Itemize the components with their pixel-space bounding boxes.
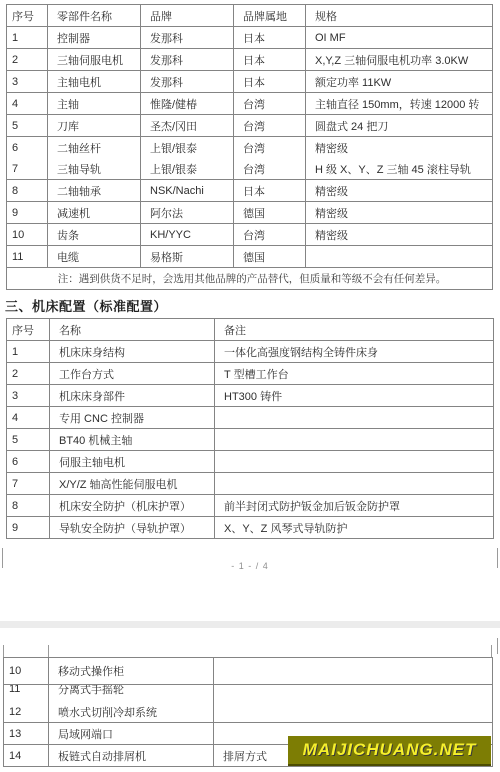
table-cell: BT40 机械主轴 <box>50 429 215 451</box>
table-cell: 刀库 <box>48 115 141 137</box>
cell-text: 台湾 <box>243 99 265 111</box>
parts-table: 序号零部件名称品牌品牌属地规格 1控制器发那科日本OI MF2三轴伺服电机发那科… <box>6 4 493 290</box>
table-cell: X、Y、Z 风琴式导轨防护 <box>215 517 494 539</box>
table-row: 9导轨安全防护（导轨护罩）X、Y、Z 风琴式导轨防护 <box>7 517 494 539</box>
table-cell: 齿条 <box>48 224 141 246</box>
table-cell: 10 <box>4 658 49 685</box>
page-number: - 1 - / 4 <box>0 561 500 571</box>
table-border-overhang-left <box>3 645 4 657</box>
table-cell: 发那科 <box>141 71 234 93</box>
cell-text: 2 <box>12 54 18 66</box>
table-cell: 三轴伺服电机 <box>48 49 141 71</box>
table-cell: 机床床身部件 <box>50 385 215 407</box>
config-table-header-row: 序号名称备注 <box>7 319 494 341</box>
table-cell: 局域网端口 <box>49 723 214 745</box>
page1-corner-mark-left <box>2 548 3 568</box>
table-cell: 台湾 <box>234 93 306 115</box>
table-cell: 11 <box>4 685 49 702</box>
table-row: 3机床床身部件HT300 铸件 <box>7 385 494 407</box>
table-cell: 台湾 <box>234 137 306 159</box>
column-header: 名称 <box>50 319 215 341</box>
cell-text: 11 <box>9 685 20 696</box>
table-cell <box>214 658 493 685</box>
table-cell: KH/YYC <box>141 224 234 246</box>
cell-text: 6 <box>12 456 18 468</box>
table-cell: 一体化高强度钢结构全铸件床身 <box>215 341 494 363</box>
table-cell: 额定功率 11KW <box>306 71 493 93</box>
table-cell <box>215 407 494 429</box>
cell-text: 4 <box>12 98 18 110</box>
cell-text: 前半封闭式防护钣金加后钣金防护罩 <box>224 501 400 513</box>
table-cell: 机床安全防护（机床护罩） <box>50 495 215 517</box>
table-cell: 控制器 <box>48 27 141 49</box>
cell-text: 台湾 <box>243 143 265 155</box>
table-cell: 减速机 <box>48 202 141 224</box>
cell-text: 9 <box>12 207 18 219</box>
table-cell: 圆盘式 24 把刀 <box>306 115 493 137</box>
table-cell: 精密级 <box>306 137 493 159</box>
cell-text: 工作台方式 <box>59 369 114 381</box>
table-cell: 伺服主轴电机 <box>50 451 215 473</box>
cell-text: 喷水式切削冷却系统 <box>58 707 157 719</box>
cell-text: 台湾 <box>243 121 265 133</box>
table-cell: 13 <box>4 723 49 745</box>
table-cell: 11 <box>7 246 48 268</box>
table-border-overhang-mid <box>48 645 49 657</box>
column-header: 品牌属地 <box>234 5 306 27</box>
cell-text: 导轨安全防护（导轨护罩） <box>59 523 191 535</box>
table-row: 9减速机阿尔法德国精密级 <box>7 202 493 224</box>
table-cell: 精密级 <box>306 180 493 202</box>
cell-text: 台湾 <box>243 230 265 242</box>
column-header: 序号 <box>7 319 50 341</box>
cell-text: 机床床身结构 <box>59 347 125 359</box>
table-cell: 5 <box>7 115 48 137</box>
table-cell: 日本 <box>234 71 306 93</box>
table-row: 5刀库圣杰/冈田台湾圆盘式 24 把刀 <box>7 115 493 137</box>
table-cell: 导轨安全防护（导轨护罩） <box>50 517 215 539</box>
table-cell: 板链式自动排屑机 <box>49 745 214 767</box>
cell-text: 控制器 <box>57 33 90 45</box>
table-cell: 惟隆/健椿 <box>141 93 234 115</box>
cell-text: 惟隆/健椿 <box>150 99 197 111</box>
cell-text: 发那科 <box>150 55 183 67</box>
table-cell: 德国 <box>234 246 306 268</box>
parts-table-note-row: 注：遇到供货不足时，会选用其他品牌的产品替代，但质量和等级不会有任何差异。 <box>7 268 493 290</box>
table-row: 4主轴惟隆/健椿台湾主轴直径 150mm，转速 12000 转 <box>7 93 493 115</box>
table-cell: 分离式手摇轮 <box>49 685 214 702</box>
cell-text: 13 <box>9 728 21 740</box>
cell-text: 额定功率 11KW <box>315 77 391 89</box>
cell-text: 10 <box>12 229 24 241</box>
column-header: 序号 <box>7 5 48 27</box>
table-cell: 工作台方式 <box>50 363 215 385</box>
cell-text: 3 <box>12 76 18 88</box>
table-cell: 6 <box>7 451 50 473</box>
table-cell: 阿尔法 <box>141 202 234 224</box>
cell-text: OI MF <box>315 32 346 44</box>
table-cell: 主轴电机 <box>48 71 141 93</box>
cell-text: 上银/银泰 <box>150 143 197 155</box>
cell-text: 6 <box>12 142 18 154</box>
parts-table-header-row: 序号零部件名称品牌品牌属地规格 <box>7 5 493 27</box>
cell-text: 8 <box>12 185 18 197</box>
table-cell <box>214 685 493 702</box>
table-row: 2工作台方式T 型槽工作台 <box>7 363 494 385</box>
table-cell: 发那科 <box>141 49 234 71</box>
cell-text: 阿尔法 <box>150 208 183 220</box>
column-header: 品牌 <box>141 5 234 27</box>
table-cell: 7 <box>7 473 50 495</box>
table-cell: 9 <box>7 517 50 539</box>
cell-text: BT40 机械主轴 <box>59 435 132 447</box>
cell-text: 减速机 <box>57 208 90 220</box>
cell-text: 伺服主轴电机 <box>59 457 125 469</box>
cell-text: 移动式操作柜 <box>58 666 124 678</box>
table-cell: 喷水式切削冷却系统 <box>49 701 214 723</box>
cell-text: 电缆 <box>57 252 79 264</box>
cell-text: 12 <box>9 706 21 718</box>
table-cell: 德国 <box>234 202 306 224</box>
cell-text: 1 <box>12 346 18 358</box>
table-row: 11电缆易格斯德国 <box>7 246 493 268</box>
table-cell: 10 <box>7 224 48 246</box>
column-header: 零部件名称 <box>48 5 141 27</box>
cell-text: 日本 <box>243 33 265 45</box>
cell-text: 上银/银泰 <box>150 164 197 176</box>
cell-text: 精密级 <box>315 186 348 198</box>
table-row: 7三轴导轨上银/银泰台湾H 级 X、Y、Z 三轴 45 滚柱导轨 <box>7 158 493 180</box>
table-cell: 日本 <box>234 49 306 71</box>
table-row: 10移动式操作柜 <box>4 658 493 685</box>
cell-text: 11 <box>12 251 23 263</box>
table-row: 1机床床身结构一体化高强度钢结构全铸件床身 <box>7 341 494 363</box>
cell-text: 精密级 <box>315 143 348 155</box>
cell-text: 日本 <box>243 77 265 89</box>
table-cell: 台湾 <box>234 224 306 246</box>
table-row: 5BT40 机械主轴 <box>7 429 494 451</box>
cell-text: 机床床身部件 <box>59 391 125 403</box>
cell-text: 日本 <box>243 186 265 198</box>
table-cell: 9 <box>7 202 48 224</box>
table-cell: 1 <box>7 341 50 363</box>
table-cell: 圣杰/冈田 <box>141 115 234 137</box>
table-cell: 二轴轴承 <box>48 180 141 202</box>
cell-text: 主轴电机 <box>57 77 101 89</box>
cell-text: 4 <box>12 412 18 424</box>
cell-text: X、Y、Z 风琴式导轨防护 <box>224 523 347 535</box>
cell-text: 易格斯 <box>150 252 183 264</box>
table-cell: 上银/银泰 <box>141 137 234 159</box>
cell-text: 10 <box>9 665 21 677</box>
table-row: 3主轴电机发那科日本额定功率 11KW <box>7 71 493 93</box>
column-header: 规格 <box>306 5 493 27</box>
table-cell: 3 <box>7 385 50 407</box>
table-cell: 1 <box>7 27 48 49</box>
table-row: 10齿条KH/YYC台湾精密级 <box>7 224 493 246</box>
table-cell: T 型槽工作台 <box>215 363 494 385</box>
cell-text: 发那科 <box>150 77 183 89</box>
cell-text: 7 <box>12 478 18 490</box>
cell-text: 圣杰/冈田 <box>150 121 197 133</box>
table-cell: X/Y/Z 轴高性能伺服电机 <box>50 473 215 495</box>
cell-text: 分离式手摇轮 <box>58 685 124 697</box>
cell-text: KH/YYC <box>150 229 191 241</box>
table-cell: 上银/银泰 <box>141 158 234 180</box>
table-cell: X,Y,Z 三轴伺服电机功率 3.0KW <box>306 49 493 71</box>
table-cell: 2 <box>7 49 48 71</box>
table-cell: 8 <box>7 495 50 517</box>
document-page: 序号零部件名称品牌品牌属地规格 1控制器发那科日本OI MF2三轴伺服电机发那科… <box>0 0 500 772</box>
table-cell: 专用 CNC 控制器 <box>50 407 215 429</box>
cell-text: 主轴直径 150mm，转速 12000 转 <box>315 99 479 111</box>
cell-text: 9 <box>12 522 18 534</box>
parts-table-note: 注：遇到供货不足时，会选用其他品牌的产品替代，但质量和等级不会有任何差异。 <box>7 268 493 290</box>
table-row: 7X/Y/Z 轴高性能伺服电机 <box>7 473 494 495</box>
table-row: 6二轴丝杆上银/银泰台湾精密级 <box>7 137 493 159</box>
table-cell: 日本 <box>234 27 306 49</box>
table-cell: 台湾 <box>234 115 306 137</box>
section-heading: 三、机床配置（标准配置） <box>5 296 167 315</box>
table-cell: 精密级 <box>306 202 493 224</box>
table-cell: 机床床身结构 <box>50 341 215 363</box>
table-row: 4专用 CNC 控制器 <box>7 407 494 429</box>
table-cell: 精密级 <box>306 224 493 246</box>
table-row: 6伺服主轴电机 <box>7 451 494 473</box>
table-row: 8机床安全防护（机床护罩）前半封闭式防护钣金加后钣金防护罩 <box>7 495 494 517</box>
cell-text: X/Y/Z 轴高性能伺服电机 <box>59 479 178 491</box>
cell-text: 日本 <box>243 55 265 67</box>
table-row: 8二轴轴承NSK/Nachi日本精密级 <box>7 180 493 202</box>
cell-text: 三轴导轨 <box>57 164 101 176</box>
table-cell <box>215 451 494 473</box>
table-cell: 电缆 <box>48 246 141 268</box>
table-cell <box>214 701 493 723</box>
cell-text: 3 <box>12 390 18 402</box>
cell-text: 7 <box>12 163 18 175</box>
cell-text: 德国 <box>243 208 265 220</box>
cell-text: 8 <box>12 500 18 512</box>
config-table: 序号名称备注 1机床床身结构一体化高强度钢结构全铸件床身2工作台方式T 型槽工作… <box>6 318 494 539</box>
table-cell: 台湾 <box>234 158 306 180</box>
table-cell <box>306 246 493 268</box>
table-cell: 6 <box>7 137 48 159</box>
table-cell: 2 <box>7 363 50 385</box>
table-cell: 主轴直径 150mm，转速 12000 转 <box>306 93 493 115</box>
cell-text: 刀库 <box>57 121 79 133</box>
cell-text: T 型槽工作台 <box>224 369 289 381</box>
page1-corner-mark-right <box>497 548 498 568</box>
table-cell: H 级 X、Y、Z 三轴 45 滚柱导轨 <box>306 158 493 180</box>
cell-text: X,Y,Z 三轴伺服电机功率 3.0KW <box>315 55 468 67</box>
cell-text: 排屑方式 <box>223 751 267 763</box>
table-cell: 日本 <box>234 180 306 202</box>
cell-text: 精密级 <box>315 230 348 242</box>
table-cell <box>215 473 494 495</box>
table-cell: OI MF <box>306 27 493 49</box>
cell-text: HT300 铸件 <box>224 391 282 403</box>
cell-text: 圆盘式 24 把刀 <box>315 121 388 133</box>
table-row: 2三轴伺服电机发那科日本X,Y,Z 三轴伺服电机功率 3.0KW <box>7 49 493 71</box>
cell-text: 精密级 <box>315 208 348 220</box>
table-cell: 二轴丝杆 <box>48 137 141 159</box>
cell-text: H 级 X、Y、Z 三轴 45 滚柱导轨 <box>315 164 471 176</box>
cell-text: 台湾 <box>243 164 265 176</box>
cell-text: 5 <box>12 120 18 132</box>
cell-text: 专用 CNC 控制器 <box>59 413 144 425</box>
cell-text: 机床安全防护（机床护罩） <box>59 501 191 513</box>
cell-text: 14 <box>9 750 21 762</box>
cell-text: NSK/Nachi <box>150 185 204 197</box>
table-cell: 4 <box>7 407 50 429</box>
cell-text: 发那科 <box>150 33 183 45</box>
table-cell: 前半封闭式防护钣金加后钣金防护罩 <box>215 495 494 517</box>
cell-text: 德国 <box>243 252 265 264</box>
watermark-badge: MAIJICHUANG.NET <box>288 736 491 766</box>
cell-text: 5 <box>12 434 18 446</box>
table-cell: 移动式操作柜 <box>49 658 214 685</box>
table-cell <box>215 429 494 451</box>
table-cell: 7 <box>7 158 48 180</box>
table-cell: 14 <box>4 745 49 767</box>
table-cell: 3 <box>7 71 48 93</box>
page2-corner-mark-right <box>497 638 498 654</box>
cell-text: 局域网端口 <box>58 729 113 741</box>
table-cell: 5 <box>7 429 50 451</box>
cell-text: 主轴 <box>57 99 79 111</box>
page-separator <box>0 621 500 628</box>
table-cell: HT300 铸件 <box>215 385 494 407</box>
cell-text: 二轴轴承 <box>57 186 101 198</box>
cell-text: 二轴丝杆 <box>57 143 101 155</box>
column-header: 备注 <box>215 319 494 341</box>
table-cell: 发那科 <box>141 27 234 49</box>
table-row: 11分离式手摇轮 <box>4 685 493 702</box>
cell-text: 三轴伺服电机 <box>57 55 123 67</box>
table-cell: 三轴导轨 <box>48 158 141 180</box>
table-row: 1控制器发那科日本OI MF <box>7 27 493 49</box>
cell-text: 一体化高强度钢结构全铸件床身 <box>224 347 378 359</box>
table-cell: 8 <box>7 180 48 202</box>
cell-text: 2 <box>12 368 18 380</box>
table-row: 12喷水式切削冷却系统 <box>4 701 493 723</box>
cell-text: 板链式自动排屑机 <box>58 751 146 763</box>
table-cell: NSK/Nachi <box>141 180 234 202</box>
table-border-overhang-right <box>491 645 492 657</box>
table-cell: 主轴 <box>48 93 141 115</box>
table-cell: 4 <box>7 93 48 115</box>
cell-text: 1 <box>12 32 18 44</box>
table-cell: 易格斯 <box>141 246 234 268</box>
table-cell: 12 <box>4 701 49 723</box>
cell-text: 齿条 <box>57 230 79 242</box>
